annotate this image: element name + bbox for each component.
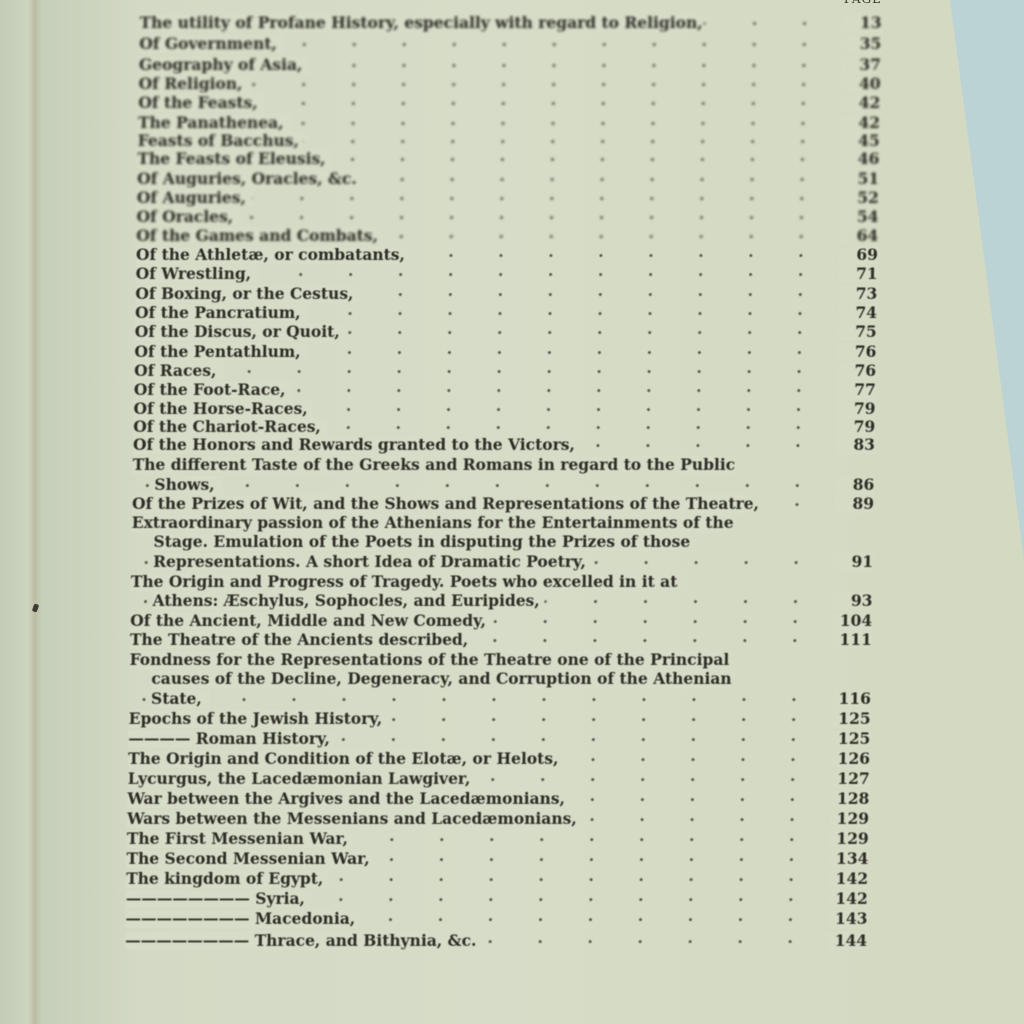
toc-entry-title: The Origin and Condition of the Elotæ, o… bbox=[128, 750, 569, 768]
table-of-contents: PAGE The utility of Profane History, esp… bbox=[124, 0, 940, 1024]
toc-entry: Of the Horse-Races,79 bbox=[133, 400, 933, 418]
toc-entry-title: The Panathenea, bbox=[138, 114, 294, 132]
toc-entry: Of the Foot-Race,77 bbox=[134, 381, 934, 399]
toc-entry-page: 45 bbox=[840, 132, 880, 150]
toc-entry: Of Religion,40 bbox=[139, 75, 939, 93]
toc-entry: State,116 bbox=[129, 690, 929, 708]
toc-entry: Shows,86 bbox=[132, 476, 932, 494]
toc-entry-page: 73 bbox=[837, 285, 877, 303]
toc-entry: Of the Athletæ, or combatants,69 bbox=[136, 246, 936, 264]
toc-entry-page: 42 bbox=[840, 94, 880, 112]
toc-entry-title: War between the Argives and the Lacedæmo… bbox=[127, 790, 575, 808]
toc-entry-page: 89 bbox=[834, 495, 874, 513]
toc-entry-page: 144 bbox=[827, 932, 867, 950]
toc-entry-page: 93 bbox=[832, 592, 872, 610]
toc-entry: The Panathenea,42 bbox=[138, 114, 938, 132]
toc-entry-page: 42 bbox=[840, 114, 880, 132]
toc-entry-page: 111 bbox=[832, 631, 872, 649]
toc-entry-title: The Origin and Progress of Tragedy. Poet… bbox=[131, 573, 688, 591]
toc-entry: Of Oracles,54 bbox=[136, 208, 936, 226]
toc-entry-page: 76 bbox=[836, 362, 876, 380]
toc-entry-page: 35 bbox=[841, 35, 881, 53]
toc-entry-title: ———————— Thrace, and Bithynia, &c. bbox=[125, 932, 487, 950]
toc-entry-page: 126 bbox=[830, 750, 870, 768]
toc-entry-title: causes of the Decline, Degeneracy, and C… bbox=[151, 670, 742, 688]
toc-entry-title: The kingdom of Egypt, bbox=[126, 870, 333, 888]
book-page: PAGE The utility of Profane History, esp… bbox=[0, 0, 1024, 1024]
toc-entry-title: Shows, bbox=[154, 476, 225, 494]
toc-entry-title: Athens: Æschylus, Sophocles, and Euripid… bbox=[152, 592, 549, 610]
toc-entry-page: 71 bbox=[837, 265, 877, 283]
toc-entry-title: The utility of Profane History, especial… bbox=[139, 14, 712, 32]
toc-entry: Athens: Æschylus, Sophocles, and Euripid… bbox=[130, 592, 930, 610]
toc-entry: The Second Messenian War,134 bbox=[126, 850, 926, 868]
toc-entry-page: 91 bbox=[833, 553, 873, 571]
toc-entry-page: 142 bbox=[828, 890, 868, 908]
toc-entry-page: 54 bbox=[838, 208, 878, 226]
toc-entry-page: 86 bbox=[834, 476, 874, 494]
toc-entry-title: Of Races, bbox=[134, 362, 227, 380]
toc-entry: War between the Argives and the Lacedæmo… bbox=[127, 790, 927, 808]
toc-entry-title: Of the Prizes of Wit, and the Shows and … bbox=[132, 495, 769, 513]
toc-entry-title: Representations. A short Idea of Dramati… bbox=[153, 553, 596, 571]
toc-entry: The utility of Profane History, especial… bbox=[139, 14, 939, 32]
toc-entry: Of the Honors and Rewards granted to the… bbox=[133, 436, 933, 454]
toc-entry-page: 128 bbox=[829, 790, 869, 808]
toc-entry-page: 116 bbox=[831, 690, 871, 708]
toc-entry: causes of the Decline, Degeneracy, and C… bbox=[129, 670, 929, 688]
dot-leader bbox=[132, 484, 822, 487]
toc-entry: Of the Pancratium,74 bbox=[135, 304, 935, 322]
toc-entry-title: Of the Foot-Race, bbox=[134, 381, 296, 399]
toc-entry-page: 46 bbox=[839, 150, 879, 168]
toc-entry-page: 37 bbox=[841, 56, 881, 74]
toc-entry: Fondness for the Representations of the … bbox=[129, 651, 929, 669]
toc-entry-title: Of Boxing, or the Cestus, bbox=[135, 285, 363, 303]
toc-entry: Of Auguries,52 bbox=[137, 189, 937, 207]
toc-entry: The Origin and Condition of the Elotæ, o… bbox=[128, 750, 928, 768]
toc-entry-page: 75 bbox=[837, 323, 877, 341]
toc-entry: Epochs of the Jewish History,125 bbox=[129, 710, 929, 728]
toc-entry-page: 76 bbox=[836, 343, 876, 361]
toc-entry-title: The different Taste of the Greeks and Ro… bbox=[133, 456, 746, 474]
toc-entry-page: 129 bbox=[829, 810, 869, 828]
toc-entry-page: 142 bbox=[828, 870, 868, 888]
toc-entry: The different Taste of the Greeks and Ro… bbox=[133, 456, 933, 474]
toc-entry-title: Of the Discus, or Quoit, bbox=[135, 323, 350, 341]
toc-entry: The Feasts of Eleusis,46 bbox=[137, 150, 937, 168]
toc-entry-title: Lycurgus, the Lacedæmonian Lawgiver, bbox=[128, 770, 481, 788]
toc-entry-page: 64 bbox=[838, 227, 878, 245]
toc-entry-title: Of Wrestling, bbox=[136, 265, 262, 283]
toc-entry-title: Of the Honors and Rewards granted to the… bbox=[133, 436, 585, 454]
toc-entry-page: 77 bbox=[836, 381, 876, 399]
toc-entry-page: 129 bbox=[829, 830, 869, 848]
toc-entry-page: 79 bbox=[835, 400, 875, 418]
toc-entry: ———————— Macedonia,143 bbox=[125, 910, 925, 928]
toc-entry: Of Races,76 bbox=[134, 362, 934, 380]
toc-entry-title: Feasts of Bacchus, bbox=[138, 132, 309, 150]
toc-entry: The Origin and Progress of Tragedy. Poet… bbox=[131, 573, 931, 591]
toc-entry-title: The Theatre of the Ancients described, bbox=[130, 631, 479, 649]
toc-entry-title: Of the Horse-Races, bbox=[133, 400, 317, 418]
toc-entry-title: Geography of Asia, bbox=[139, 56, 313, 74]
toc-entry-title: Of the Feasts, bbox=[138, 94, 268, 112]
toc-entry-title: Epochs of the Jewish History, bbox=[129, 710, 393, 728]
toc-entry-title: The First Messenian War, bbox=[127, 830, 358, 848]
toc-entry-title: ———— Roman History, bbox=[128, 730, 340, 748]
toc-entry: Lycurgus, the Lacedæmonian Lawgiver,127 bbox=[128, 770, 928, 788]
toc-entry: ———————— Syria,142 bbox=[126, 890, 926, 908]
toc-entry-title: ———————— Macedonia, bbox=[125, 910, 365, 928]
toc-entry-title: Of the Ancient, Middle and New Comedy, bbox=[130, 612, 496, 630]
toc-entry-page: 104 bbox=[832, 612, 872, 630]
toc-entry-title: Fondness for the Representations of the … bbox=[129, 651, 739, 669]
toc-entry: Extraordinary passion of the Athenians f… bbox=[132, 514, 932, 532]
toc-entry: Of the Chariot-Races,79 bbox=[133, 418, 933, 436]
toc-entry: Of Government,35 bbox=[139, 35, 939, 53]
page-column-header: PAGE bbox=[844, 0, 882, 6]
toc-entry-page: 40 bbox=[840, 75, 880, 93]
toc-entry-title: Stage. Emulation of the Poets in disputi… bbox=[153, 533, 700, 551]
toc-entry-title: Of Oracles, bbox=[136, 208, 243, 226]
toc-entry: ———— Roman History,125 bbox=[128, 730, 928, 748]
toc-entry: ———————— Thrace, and Bithynia, &c.144 bbox=[125, 932, 925, 950]
toc-entry: The First Messenian War,129 bbox=[127, 830, 927, 848]
page-gutter bbox=[28, 0, 42, 1024]
toc-entry-page: 52 bbox=[839, 189, 879, 207]
toc-entry-page: 83 bbox=[835, 436, 875, 454]
toc-entry: Of Auguries, Oracles, &c.51 bbox=[137, 170, 937, 188]
toc-entry-page: 13 bbox=[841, 14, 881, 32]
toc-entry: Representations. A short Idea of Dramati… bbox=[131, 553, 931, 571]
toc-entry-title: Of Auguries, Oracles, &c. bbox=[137, 170, 367, 188]
toc-entry-title: Of Auguries, bbox=[137, 189, 256, 207]
dot-leader bbox=[134, 370, 824, 373]
toc-entry-title: Of the Games and Combats, bbox=[136, 227, 388, 245]
toc-entry: Of the Pentathlum,76 bbox=[134, 343, 934, 361]
toc-entry-page: 127 bbox=[830, 770, 870, 788]
toc-entry: Feasts of Bacchus,45 bbox=[138, 132, 938, 150]
toc-entry: Of the Games and Combats,64 bbox=[136, 227, 936, 245]
toc-entry-title: Of the Pancratium, bbox=[135, 304, 311, 322]
toc-entry-title: The Feasts of Eleusis, bbox=[137, 150, 335, 168]
toc-entry-page: 51 bbox=[839, 170, 879, 188]
toc-entry-title: Of the Athletæ, or combatants, bbox=[136, 246, 415, 264]
toc-entry: Of the Prizes of Wit, and the Shows and … bbox=[132, 495, 932, 513]
toc-entry-title: Of the Chariot-Races, bbox=[133, 418, 331, 436]
toc-entry-title: ———————— Syria, bbox=[126, 890, 315, 908]
toc-entry-page: 125 bbox=[830, 710, 870, 728]
toc-entry-title: Of Religion, bbox=[139, 75, 253, 93]
toc-entry-title: Extraordinary passion of the Athenians f… bbox=[132, 514, 744, 532]
toc-entry: Of Wrestling,71 bbox=[136, 265, 936, 283]
dot-leader bbox=[129, 698, 819, 701]
toc-entry: The kingdom of Egypt,142 bbox=[126, 870, 926, 888]
toc-entry-page: 69 bbox=[838, 246, 878, 264]
toc-entry-title: State, bbox=[151, 690, 212, 708]
toc-entry-title: The Second Messenian War, bbox=[126, 850, 379, 868]
toc-entry: Wars between the Messenians and Lacedæmo… bbox=[127, 810, 927, 828]
toc-entry: The Theatre of the Ancients described,11… bbox=[130, 631, 930, 649]
toc-entry-page: 74 bbox=[837, 304, 877, 322]
toc-entry: Of Boxing, or the Cestus,73 bbox=[135, 285, 935, 303]
toc-entry-title: Of Government, bbox=[139, 35, 287, 53]
toc-entry: Of the Discus, or Quoit,75 bbox=[135, 323, 935, 341]
toc-entry: Geography of Asia,37 bbox=[139, 56, 939, 74]
toc-entry-page: 143 bbox=[827, 910, 867, 928]
toc-entry-page: 79 bbox=[835, 418, 875, 436]
toc-entry-title: Wars between the Messenians and Lacedæmo… bbox=[127, 810, 587, 828]
toc-entry-title: Of the Pentathlum, bbox=[134, 343, 310, 361]
toc-entry-page: 134 bbox=[828, 850, 868, 868]
toc-entry-page: 125 bbox=[830, 730, 870, 748]
toc-entry: Stage. Emulation of the Poets in disputi… bbox=[131, 533, 931, 551]
toc-entry: Of the Feasts,42 bbox=[138, 94, 938, 112]
toc-entry: Of the Ancient, Middle and New Comedy,10… bbox=[130, 612, 930, 630]
